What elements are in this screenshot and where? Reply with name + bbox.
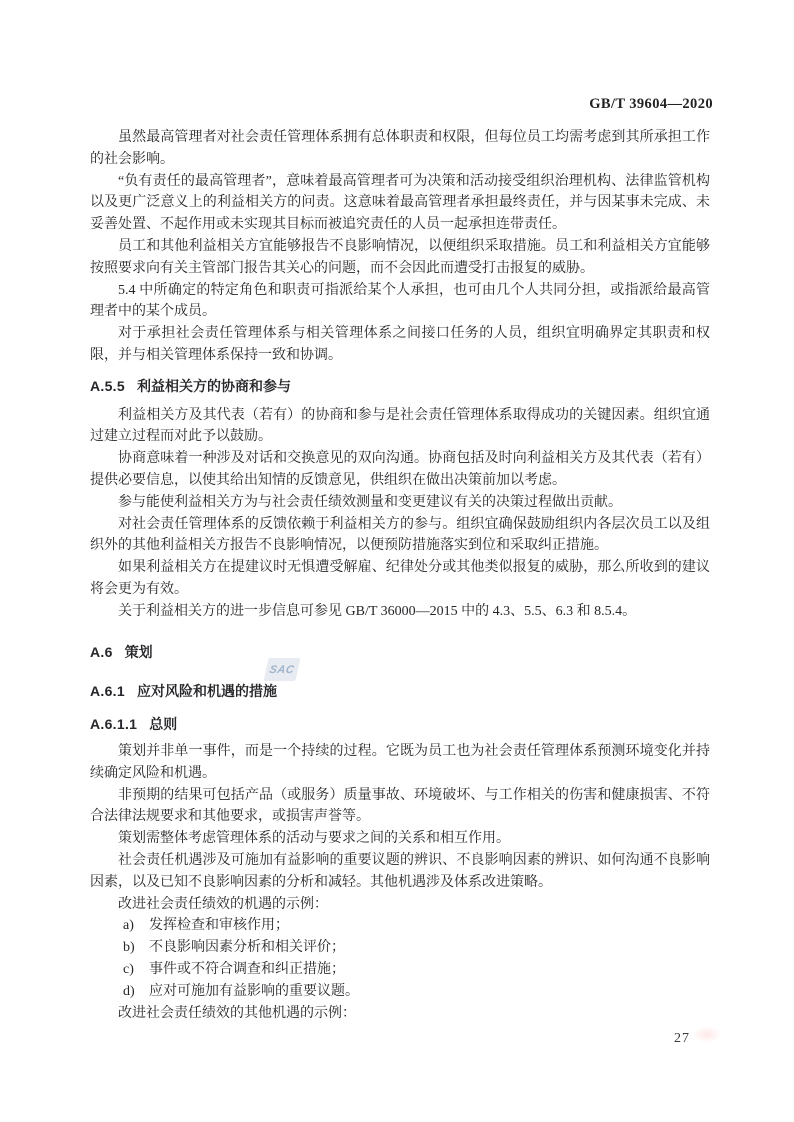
paragraph: 策划并非单一事件，而是一个持续的过程。它既为员工也为社会责任管理体系预测环境变化…: [90, 741, 710, 785]
list-item-text: 事件或不符合调查和纠正措施；: [149, 962, 345, 977]
paragraph: 对社会责任管理体系的反馈依赖于利益相关方的参与。组织宜确保鼓励组织内各层次员工以…: [90, 514, 710, 558]
list-item-label: a): [123, 915, 134, 937]
section-heading-a55: A.5.5利益相关方的协商和参与: [90, 376, 710, 398]
section-title: 总则: [149, 716, 177, 732]
section-title: 策划: [125, 644, 153, 660]
page-number: 27: [674, 1031, 690, 1047]
paragraph: 关于利益相关方的进一步信息可参见 GB/T 36000—2015 中的 4.3、…: [90, 601, 710, 623]
paragraph: 协商意味着一种涉及对话和交换意见的双向沟通。协商包括及时向利益相关方及其代表（若…: [90, 448, 710, 492]
list-item: b)不良影响因素分析和相关评价；: [90, 937, 710, 959]
paragraph: 非预期的结果可包括产品（或服务）质量事故、环境破坏、与工作相关的伤害和健康损害、…: [90, 785, 710, 829]
section-number: A.6.1.1: [90, 716, 137, 732]
list-item: d)应对可施加有益影响的重要议题。: [90, 981, 710, 1003]
paragraph: 员工和其他利益相关方宜能够报告不良影响情况，以便组织采取措施。员工和利益相关方宜…: [90, 236, 710, 280]
paragraph: 策划需整体考虑管理体系的活动与要求之间的关系和相互作用。: [90, 828, 710, 850]
section-title: 利益相关方的协商和参与: [137, 378, 291, 394]
paragraph: 社会责任机遇涉及可施加有益影响的重要议题的辨识、不良影响因素的辨识、如何沟通不良…: [90, 850, 710, 894]
sac-watermark-logo: SAC: [264, 658, 301, 681]
section-number: A.6.1: [90, 683, 125, 699]
sac-watermark-label: SAC: [268, 664, 295, 676]
standard-number: GB/T 39604—2020: [589, 96, 713, 113]
section-number: A.6: [90, 644, 113, 660]
section-heading-a61: A.6.1应对风险和机遇的措施: [90, 681, 710, 703]
paragraph: 参与能使利益相关方为与社会责任绩效测量和变更建议有关的决策过程做出贡献。: [90, 492, 710, 514]
paragraph: 利益相关方及其代表（若有）的协商和参与是社会责任管理体系取得成功的关键因素。组织…: [90, 405, 710, 449]
section-number: A.5.5: [90, 378, 125, 394]
paragraph: “负有责任的最高管理者”，意味着最高管理者可为决策和活动接受组织治理机构、法律监…: [90, 171, 710, 236]
document-page: GB/T 39604—2020 虽然最高管理者对社会责任管理体系拥有总体职责和权…: [0, 0, 794, 1122]
paragraph: 5.4 中所确定的特定角色和职责可指派给某个人承担，也可由几个人共同分担，或指派…: [90, 280, 710, 324]
list-item-text: 发挥检查和审核作用；: [149, 918, 289, 933]
document-body: 虽然最高管理者对社会责任管理体系拥有总体职责和权限，但每位员工均需考虑到其所承担…: [90, 127, 710, 1025]
section-heading-a611: A.6.1.1总则: [90, 714, 710, 736]
list-item: a)发挥检查和审核作用；: [90, 915, 710, 937]
paragraph: 如果利益相关方在提建议时无惧遭受解雇、纪律处分或其他类似报复的威胁，那么所收到的…: [90, 557, 710, 601]
paragraph: 虽然最高管理者对社会责任管理体系拥有总体职责和权限，但每位员工均需考虑到其所承担…: [90, 127, 710, 171]
list-item-label: d): [123, 981, 135, 1003]
list-item-label: c): [123, 959, 134, 981]
scan-artifact: [692, 1026, 722, 1043]
paragraph: 改进社会责任绩效的机遇的示例：: [90, 894, 710, 916]
list-item-label: b): [123, 937, 135, 959]
paragraph: 改进社会责任绩效的其他机遇的示例：: [90, 1003, 710, 1025]
section-title: 应对风险和机遇的措施: [137, 683, 277, 699]
list-item: c)事件或不符合调查和纠正措施；: [90, 959, 710, 981]
list-item-text: 不良影响因素分析和相关评价；: [149, 940, 345, 955]
section-heading-a6: A.6策划: [90, 642, 710, 664]
list-item-text: 应对可施加有益影响的重要议题。: [149, 984, 359, 999]
paragraph: 对于承担社会责任管理体系与相关管理体系之间接口任务的人员，组织宜明确界定其职责和…: [90, 323, 710, 367]
